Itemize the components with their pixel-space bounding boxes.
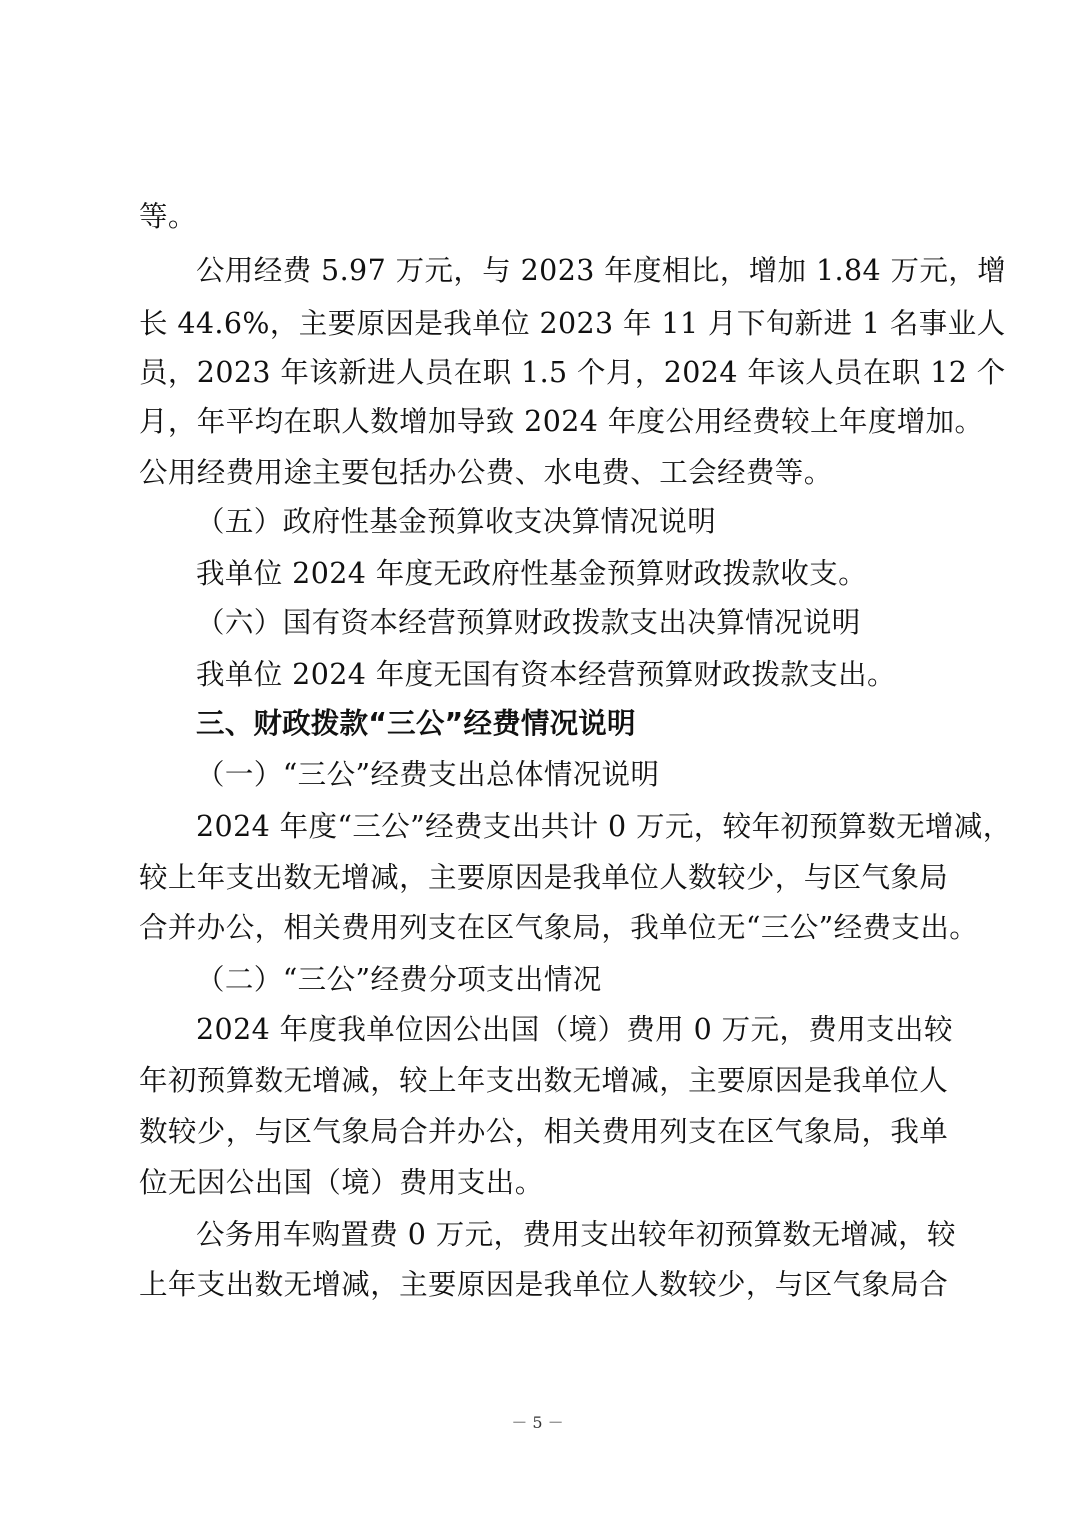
paragraph-line: 上年支出数无增减，主要原因是我单位人数较少，与区气象局合: [139, 1268, 936, 1302]
paragraph-line: 公用经费 5.97 万元，与 2023 年度相比，增加 1.84 万元，增: [196, 254, 936, 288]
paragraph-line: 我单位 2024 年度无政府性基金预算财政拨款收支。: [196, 557, 996, 591]
paragraph-line: 我单位 2024 年度无国有资本经营预算财政拨款支出。: [196, 658, 996, 692]
paragraph-line: 公用经费用途主要包括办公费、水电费、工会经费等。: [139, 456, 939, 490]
paragraph-line: 合并办公，相关费用列支在区气象局，我单位无“三公”经费支出。: [139, 911, 936, 945]
document-page: 等。 公用经费 5.97 万元，与 2023 年度相比，增加 1.84 万元，增…: [0, 0, 1075, 1520]
paragraph-line: 2024 年度“三公”经费支出共计 0 万元，较年初预算数无增减，: [196, 810, 941, 844]
paragraph-line: 长 44.6%，主要原因是我单位 2023 年 11 月下旬新进 1 名事业人: [139, 307, 936, 341]
page-number: － 5 －: [0, 1410, 1075, 1433]
paragraph-line: 位无因公出国（境）费用支出。: [139, 1166, 939, 1200]
paragraph-line: 年初预算数无增减，较上年支出数无增减，主要原因是我单位人: [139, 1064, 936, 1098]
paragraph-line: 等。: [139, 200, 939, 234]
section-subheading-five: （五）政府性基金预算收支决算情况说明: [196, 505, 996, 539]
paragraph-line: 数较少，与区气象局合并办公，相关费用列支在区气象局，我单: [139, 1115, 936, 1149]
section-heading-three: 三、财政拨款“三公”经费情况说明: [196, 707, 996, 741]
paragraph-line: 月，年平均在职人数增加导致 2024 年度公用经费较上年度增加。: [139, 405, 936, 439]
paragraph-line: 较上年支出数无增减，主要原因是我单位人数较少，与区气象局: [139, 861, 936, 895]
paragraph-line: 2024 年度我单位因公出国（境）费用 0 万元，费用支出较: [196, 1013, 936, 1047]
section-subheading-two: （二）“三公”经费分项支出情况: [196, 963, 996, 997]
paragraph-line: 公务用车购置费 0 万元，费用支出较年初预算数无增减，较: [196, 1218, 936, 1252]
section-subheading-six: （六）国有资本经营预算财政拨款支出决算情况说明: [196, 606, 996, 640]
section-subheading-one: （一）“三公”经费支出总体情况说明: [196, 758, 996, 792]
paragraph-line: 员，2023 年该新进人员在职 1.5 个月，2024 年该人员在职 12 个: [139, 356, 936, 390]
